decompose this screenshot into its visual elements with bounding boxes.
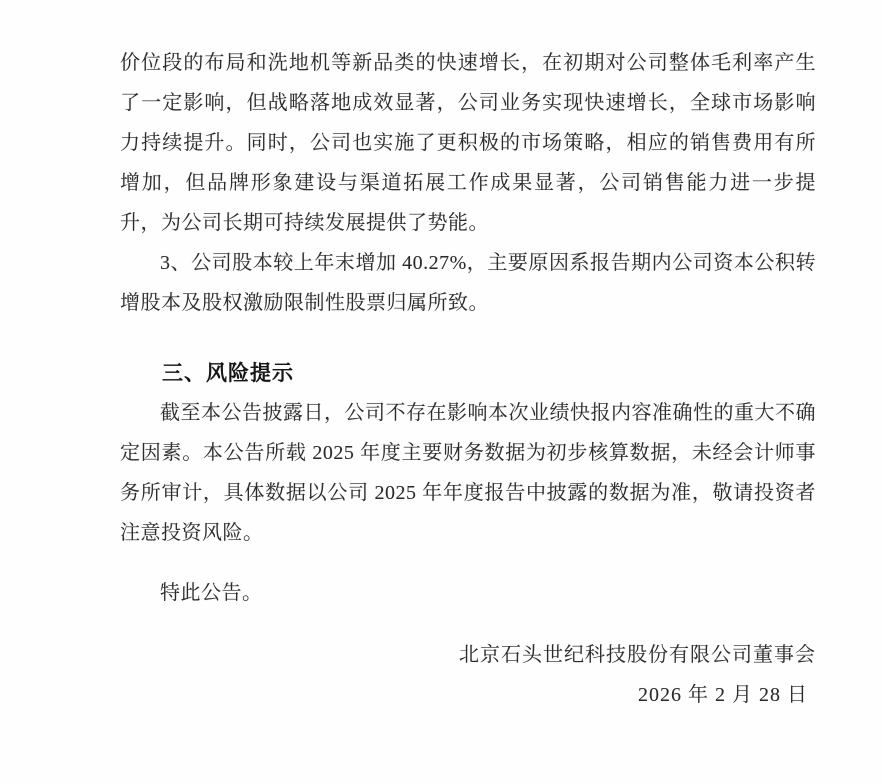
closing-line: 特此公告。 [120,573,816,613]
announcement-page: 价位段的布局和洗地机等新品类的快速增长，在初期对公司整体毛利率产生了一定影响，但… [0,0,882,784]
risk-statement-paragraph: 截至本公告披露日，公司不存在影响本次业绩快报内容准确性的重大不确定因素。本公告所… [120,393,816,553]
announcement-content: 价位段的布局和洗地机等新品类的快速增长，在初期对公司整体毛利率产生了一定影响，但… [0,0,882,715]
board-signature: 北京石头世纪科技股份有限公司董事会 [120,635,816,675]
announcement-date: 2026 年 2 月 28 日 [120,675,816,715]
risk-section-heading: 三、风险提示 [120,353,816,393]
signoff-block: 北京石头世纪科技股份有限公司董事会 2026 年 2 月 28 日 [120,635,816,715]
continuation-paragraph: 价位段的布局和洗地机等新品类的快速增长，在初期对公司整体毛利率产生了一定影响，但… [120,43,816,243]
share-capital-increase-paragraph: 3、公司股本较上年末增加 40.27%，主要原因系报告期内公司资本公积转增股本及… [120,243,816,323]
